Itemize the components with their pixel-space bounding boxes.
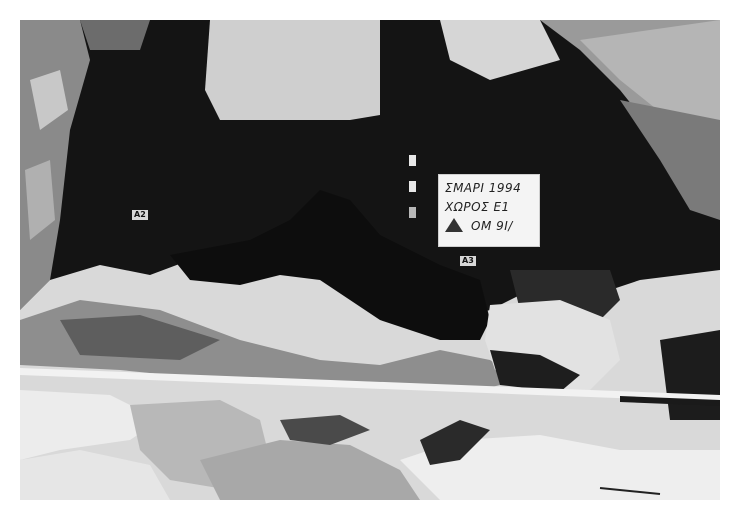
excavation-photo: Α2 Α3 ΣΜΑΡΙ 1994 ΧΩΡΟΣ Ε1 ΟΜ 9Ι/ xyxy=(20,20,720,500)
scale-marker xyxy=(409,155,416,166)
board-line-3: ΟΜ 9Ι/ xyxy=(445,217,533,236)
board-line-2: ΧΩΡΟΣ Ε1 xyxy=(445,198,533,217)
north-triangle-icon xyxy=(445,218,463,232)
scale-marker xyxy=(409,207,416,218)
board-line-3-text: ΟΜ 9Ι/ xyxy=(471,219,513,233)
excavation-label-board: ΣΜΑΡΙ 1994 ΧΩΡΟΣ Ε1 ΟΜ 9Ι/ xyxy=(438,174,540,247)
find-tag-left: Α2 xyxy=(132,210,148,220)
scale-marker xyxy=(409,181,416,192)
find-tag-right: Α3 xyxy=(460,256,476,266)
board-line-1: ΣΜΑΡΙ 1994 xyxy=(445,179,533,198)
photo-tonal-shapes xyxy=(20,20,720,500)
